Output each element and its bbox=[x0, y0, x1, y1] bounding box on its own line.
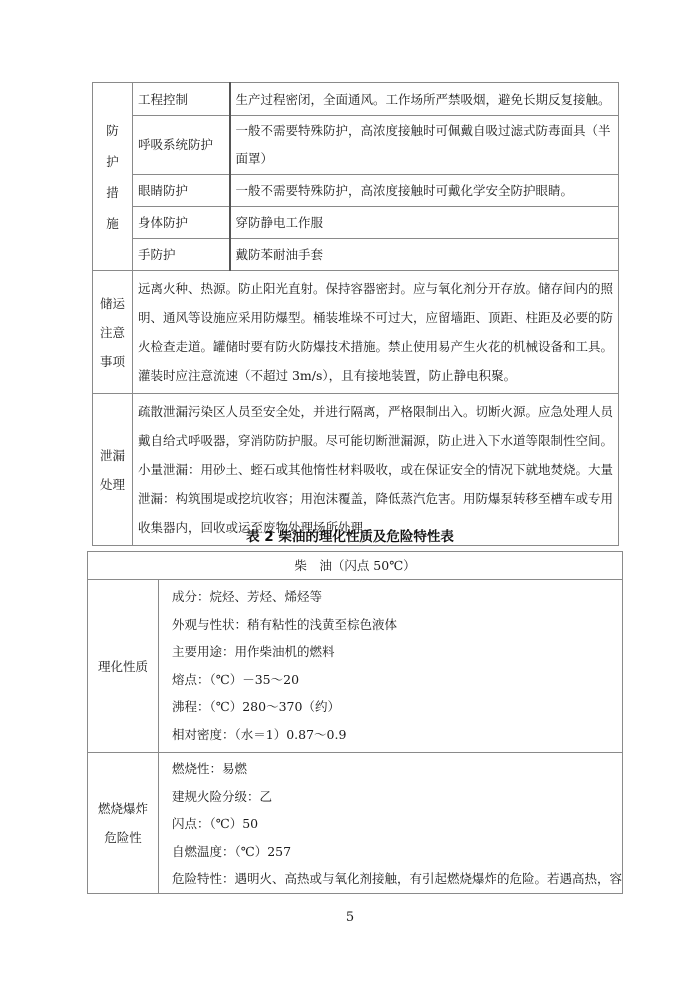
property-item: 主要用途：用作柴油机的燃料 bbox=[172, 638, 622, 666]
physchem-section-label: 理化性质 bbox=[88, 580, 159, 753]
table-row: 手防护 戴防苯耐油手套 bbox=[93, 239, 619, 271]
property-item: 闪点：（℃）50 bbox=[172, 810, 622, 838]
table-row: 泄漏处理 疏散泄漏污染区人员至安全处，并进行隔离，严格限制出入。切断火源。应急处… bbox=[93, 394, 619, 546]
protection-item: 呼吸系统防护 bbox=[133, 116, 230, 175]
protection-section-label: 防 护 措 施 bbox=[93, 83, 133, 271]
table-header-row: 柴 油（闪点 50℃） bbox=[88, 552, 623, 580]
protection-item: 身体防护 bbox=[133, 207, 230, 239]
protection-item: 手防护 bbox=[133, 239, 230, 271]
storage-text: 远离火种、热源。防止阳光直射。保持容器密封。应与氧化剂分开存放。储存间内的照明、… bbox=[133, 271, 619, 394]
table-row: 身体防护 穿防静电工作服 bbox=[93, 207, 619, 239]
page-number: 5 bbox=[0, 908, 700, 928]
property-item: 燃烧性：易燃 bbox=[172, 755, 622, 783]
protection-desc: 戴防苯耐油手套 bbox=[230, 239, 619, 271]
protection-desc: 穿防静电工作服 bbox=[230, 207, 619, 239]
property-item: 熔点：（℃）－35～20 bbox=[172, 666, 622, 694]
table-row: 呼吸系统防护 一般不需要特殊防护，高浓度接触时可佩戴自吸过滤式防毒面具（半面罩） bbox=[93, 116, 619, 175]
protection-desc: 一般不需要特殊防护，高浓度接触时可戴化学安全防护眼睛。 bbox=[230, 175, 619, 207]
diesel-properties-table: 柴 油（闪点 50℃） 理化性质 成分：烷烃、芳烃、烯烃等 外观与性状：稍有粘性… bbox=[87, 551, 623, 894]
table-caption: 表 2 柴油的理化性质及危险特性表 bbox=[0, 527, 700, 547]
safety-measures-table: 防 护 措 施 工程控制 生产过程密闭，全面通风。工作场所严禁吸烟，避免长期反复… bbox=[92, 82, 619, 546]
leak-text: 疏散泄漏污染区人员至安全处，并进行隔离，严格限制出入。切断火源。应急处理人员戴自… bbox=[133, 394, 619, 546]
physchem-items: 成分：烷烃、芳烃、烯烃等 外观与性状：稍有粘性的浅黄至棕色液体 主要用途：用作柴… bbox=[159, 580, 623, 753]
document-page: 防 护 措 施 工程控制 生产过程密闭，全面通风。工作场所严禁吸烟，避免长期反复… bbox=[0, 0, 700, 990]
table-header: 柴 油（闪点 50℃） bbox=[88, 552, 623, 580]
property-item: 危险特性：遇明火、高热或与氧化剂接触，有引起燃烧爆炸的危险。若遇高热，容 bbox=[172, 865, 622, 893]
storage-section-label: 储运注意事项 bbox=[93, 271, 133, 394]
fire-hazard-items: 燃烧性：易燃 建规火险分级：乙 闪点：（℃）50 自燃温度：（℃）257 危险特… bbox=[159, 753, 623, 894]
property-item: 沸程：（℃）280～370（约） bbox=[172, 693, 622, 721]
label-char: 防 bbox=[93, 115, 132, 146]
property-item: 相对密度：（水＝1）0.87～0.9 bbox=[172, 721, 622, 749]
table-row: 储运注意事项 远离火种、热源。防止阳光直射。保持容器密封。应与氧化剂分开存放。储… bbox=[93, 271, 619, 394]
table-row: 眼睛防护 一般不需要特殊防护，高浓度接触时可戴化学安全防护眼睛。 bbox=[93, 175, 619, 207]
protection-desc: 生产过程密闭，全面通风。工作场所严禁吸烟，避免长期反复接触。 bbox=[230, 83, 619, 116]
label-char: 护 bbox=[93, 146, 132, 177]
property-item: 建规火险分级：乙 bbox=[172, 783, 622, 811]
protection-desc: 一般不需要特殊防护，高浓度接触时可佩戴自吸过滤式防毒面具（半面罩） bbox=[230, 116, 619, 175]
property-item: 自燃温度：（℃）257 bbox=[172, 838, 622, 866]
property-item: 成分：烷烃、芳烃、烯烃等 bbox=[172, 583, 622, 611]
leak-section-label: 泄漏处理 bbox=[93, 394, 133, 546]
table-row: 理化性质 成分：烷烃、芳烃、烯烃等 外观与性状：稍有粘性的浅黄至棕色液体 主要用… bbox=[88, 580, 623, 753]
label-char: 施 bbox=[93, 208, 132, 239]
label-char: 措 bbox=[93, 177, 132, 208]
protection-item: 眼睛防护 bbox=[133, 175, 230, 207]
table-row: 防 护 措 施 工程控制 生产过程密闭，全面通风。工作场所严禁吸烟，避免长期反复… bbox=[93, 83, 619, 116]
property-item: 外观与性状：稍有粘性的浅黄至棕色液体 bbox=[172, 611, 622, 639]
protection-item: 工程控制 bbox=[133, 83, 230, 116]
table-row: 燃烧爆炸危险性 燃烧性：易燃 建规火险分级：乙 闪点：（℃）50 自燃温度：（℃… bbox=[88, 753, 623, 894]
fire-hazard-section-label: 燃烧爆炸危险性 bbox=[88, 753, 159, 894]
